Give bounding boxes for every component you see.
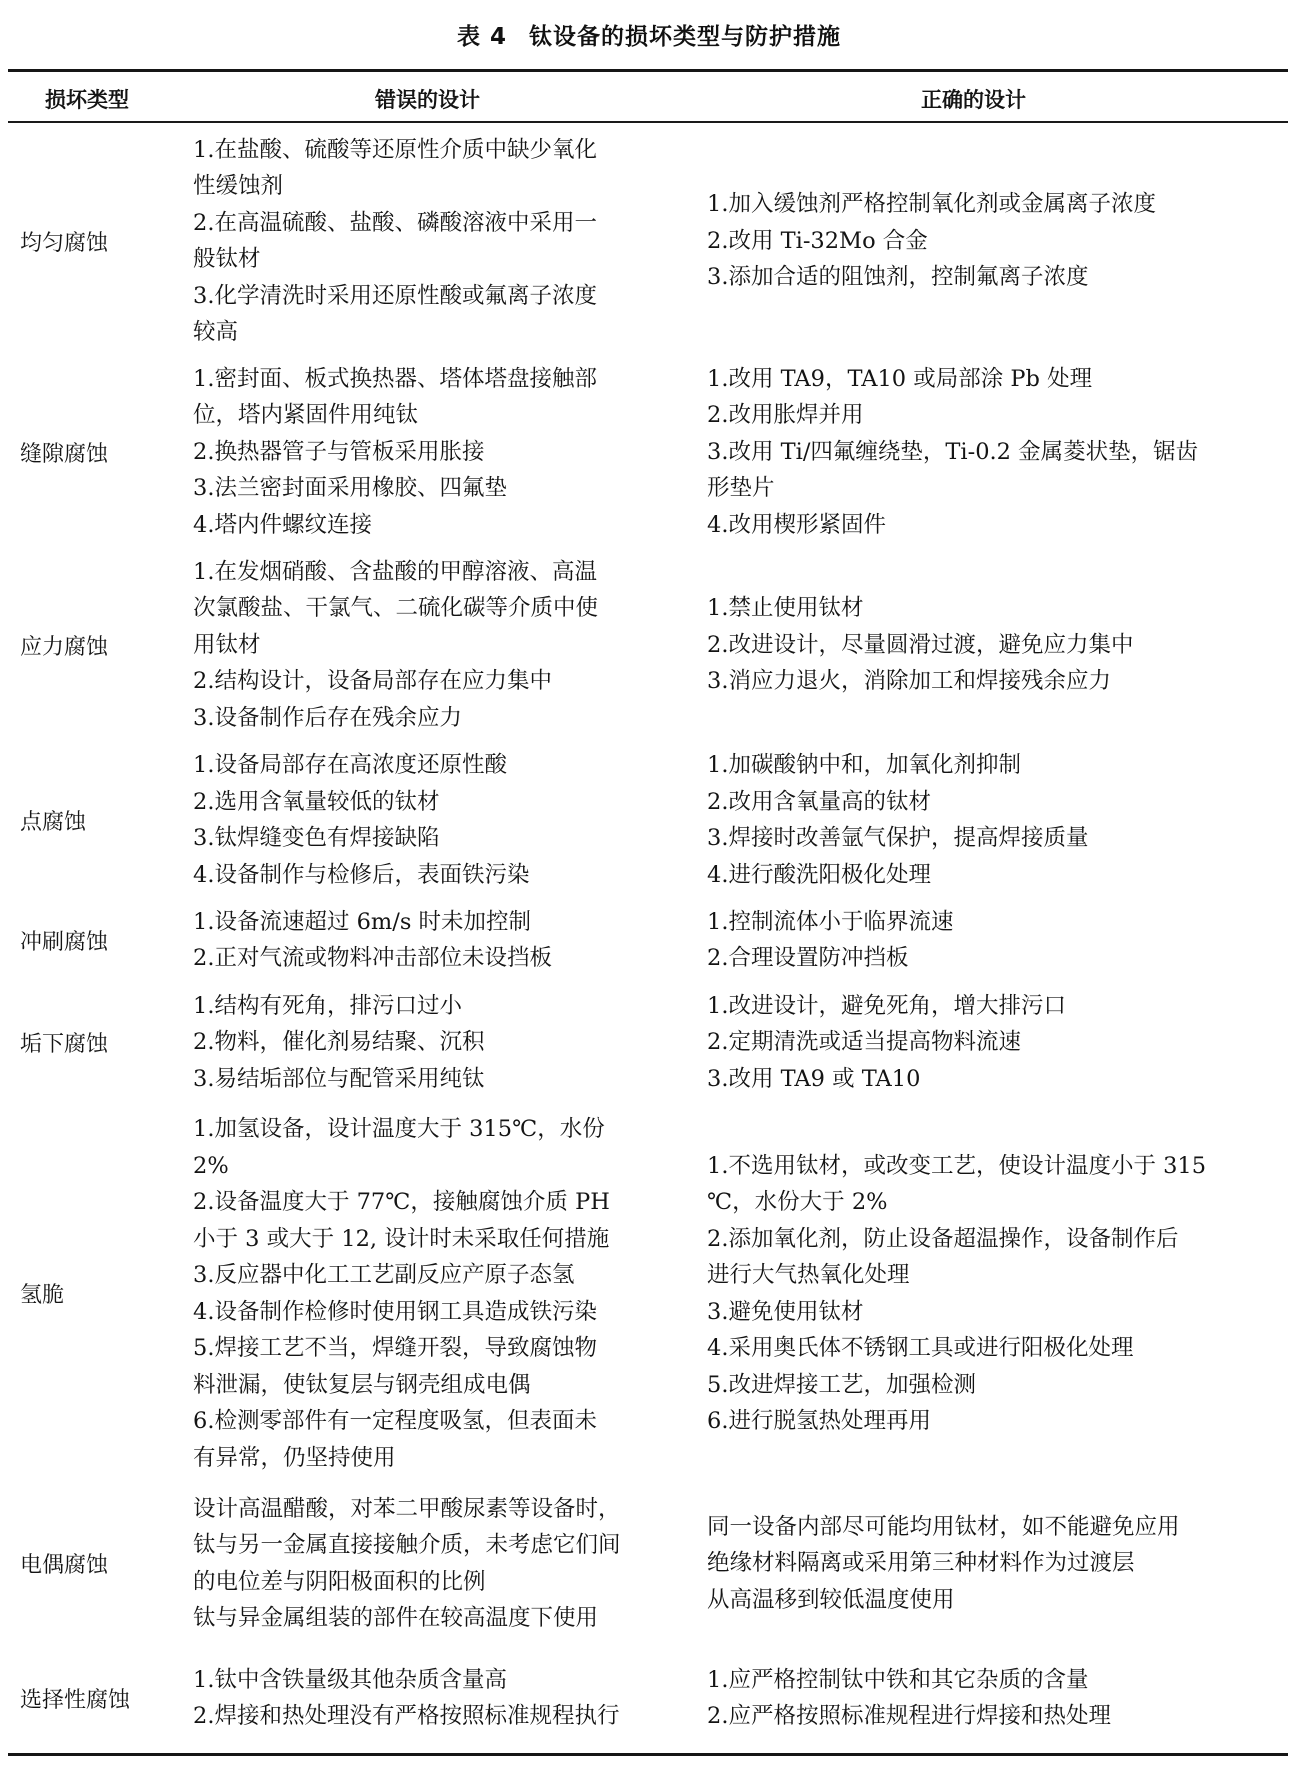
wrong-design-line: 3.设备制作后存在残余应力 [193, 700, 705, 737]
table-row: 电偶腐蚀设计高温醋酸，对苯二甲酸尿素等设备时，钛与另一金属直接接触介质，未考虑它… [0, 1487, 1298, 1640]
damage-type-cell: 均匀腐蚀 [20, 128, 180, 354]
correct-design-cell: 1.禁止使用钛材2.改进设计，尽量圆滑过渡，避免应力集中3.消应力退火，消除加工… [707, 551, 1292, 739]
correct-design-line: 2.定期清洗或适当提高物料流速 [707, 1024, 1292, 1061]
table-row: 冲刷腐蚀1.设备流速超过 6m/s 时未加控制2.正对气流或物料冲击部位未设挡板… [0, 900, 1298, 980]
table-row: 氢脆1.加氢设备，设计温度大于 315℃，水份2%2.设备温度大于 77℃，接触… [0, 1107, 1298, 1480]
correct-design-line: 2.应严格按照标准规程进行焊接和热处理 [707, 1698, 1292, 1735]
correct-design-line: 2.改进设计，尽量圆滑过渡，避免应力集中 [707, 627, 1292, 664]
wrong-design-line: 般钛材 [193, 241, 705, 278]
wrong-design-line: 1.加氢设备，设计温度大于 315℃，水份 [193, 1111, 705, 1148]
wrong-design-line: 2.焊接和热处理没有严格按照标准规程执行 [193, 1698, 705, 1735]
wrong-design-line: 3.法兰密封面采用橡胶、四氟垫 [193, 470, 705, 507]
wrong-design-cell: 1.设备局部存在高浓度还原性酸2.选用含氧量较低的钛材3.钛焊缝变色有焊接缺陷4… [193, 744, 705, 896]
wrong-design-line: 有异常，仍坚持使用 [193, 1440, 705, 1477]
wrong-design-line: 用钛材 [193, 627, 705, 664]
damage-type-cell: 应力腐蚀 [20, 551, 180, 739]
wrong-design-line: 1.密封面、板式换热器、塔体塔盘接触部 [193, 361, 705, 398]
damage-type-label: 电偶腐蚀 [20, 1548, 108, 1579]
wrong-design-line: 位，塔内紧固件用纯钛 [193, 397, 705, 434]
correct-design-line: 1.改进设计，避免死角，增大排污口 [707, 988, 1292, 1025]
correct-design-line: 3.焊接时改善氩气保护，提高焊接质量 [707, 820, 1292, 857]
wrong-design-line: 2.物料，催化剂易结聚、沉积 [193, 1024, 705, 1061]
correct-design-cell: 同一设备内部尽可能均用钛材，如不能避免应用绝缘材料隔离或采用第三种材料作为过渡层… [707, 1487, 1292, 1640]
column-header-correct-design: 正确的设计 [921, 84, 1026, 114]
correct-design-line: 3.消应力退火，消除加工和焊接残余应力 [707, 663, 1292, 700]
correct-design-line: 6.进行脱氢热处理再用 [707, 1403, 1292, 1440]
correct-design-line: 1.不选用钛材，或改变工艺，使设计温度小于 315 [707, 1148, 1292, 1185]
wrong-design-cell: 1.在发烟硝酸、含盐酸的甲醇溶液、高温次氯酸盐、干氯气、二硫化碳等介质中使用钛材… [193, 551, 705, 739]
table-row: 应力腐蚀1.在发烟硝酸、含盐酸的甲醇溶液、高温次氯酸盐、干氯气、二硫化碳等介质中… [0, 551, 1298, 739]
table-row: 垢下腐蚀1.结构有死角，排污口过小2.物料，催化剂易结聚、沉积3.易结垢部位与配… [0, 985, 1298, 1100]
correct-design-line: 2.改用 Ti-32Mo 合金 [707, 223, 1292, 260]
damage-type-label: 应力腐蚀 [20, 630, 108, 661]
wrong-design-line: 3.钛焊缝变色有焊接缺陷 [193, 820, 705, 857]
damage-type-label: 氢脆 [20, 1278, 64, 1309]
correct-design-line: 1.控制流体小于临界流速 [707, 904, 1292, 941]
table-number: 表 4 [457, 24, 507, 50]
wrong-design-cell: 1.在盐酸、硫酸等还原性介质中缺少氧化性缓蚀剂2.在高温硫酸、盐酸、磷酸溶液中采… [193, 128, 705, 354]
damage-type-cell: 缝隙腐蚀 [20, 358, 180, 546]
column-header-damage-type: 损坏类型 [45, 84, 129, 114]
wrong-design-line: 设计高温醋酸，对苯二甲酸尿素等设备时， [193, 1491, 705, 1528]
wrong-design-line: 2.换热器管子与管板采用胀接 [193, 434, 705, 471]
header-rule [8, 121, 1288, 123]
wrong-design-line: 1.设备局部存在高浓度还原性酸 [193, 747, 705, 784]
correct-design-line: 4.采用奥氏体不锈钢工具或进行阳极化处理 [707, 1330, 1292, 1367]
damage-type-cell: 选择性腐蚀 [20, 1646, 180, 1750]
table-header: 损坏类型 错误的设计 正确的设计 [0, 74, 1298, 120]
correct-design-cell: 1.应严格控制钛中铁和其它杂质的含量2.应严格按照标准规程进行焊接和热处理 [707, 1646, 1292, 1750]
correct-design-line: 形垫片 [707, 470, 1292, 507]
correct-design-line: 1.改用 TA9，TA10 或局部涂 Pb 处理 [707, 361, 1292, 398]
correct-design-line: 2.改用含氧量高的钛材 [707, 784, 1292, 821]
column-header-wrong-design: 错误的设计 [375, 84, 480, 114]
damage-type-label: 选择性腐蚀 [20, 1683, 130, 1714]
wrong-design-line: 4.设备制作与检修后，表面铁污染 [193, 857, 705, 894]
correct-design-line: 3.改用 TA9 或 TA10 [707, 1061, 1292, 1098]
correct-design-line: 进行大气热氧化处理 [707, 1257, 1292, 1294]
wrong-design-line: 3.反应器中化工工艺副反应产原子态氢 [193, 1257, 705, 1294]
correct-design-line: 3.添加合适的阻蚀剂，控制氟离子浓度 [707, 259, 1292, 296]
bottom-rule [8, 1753, 1288, 1756]
correct-design-line: 4.改用楔形紧固件 [707, 507, 1292, 544]
correct-design-line: 3.避免使用钛材 [707, 1294, 1292, 1331]
damage-type-cell: 冲刷腐蚀 [20, 900, 180, 980]
wrong-design-line: 1.设备流速超过 6m/s 时未加控制 [193, 904, 705, 941]
wrong-design-cell: 1.加氢设备，设计温度大于 315℃，水份2%2.设备温度大于 77℃，接触腐蚀… [193, 1107, 705, 1480]
wrong-design-line: 1.在盐酸、硫酸等还原性介质中缺少氧化 [193, 132, 705, 169]
wrong-design-cell: 1.密封面、板式换热器、塔体塔盘接触部位，塔内紧固件用纯钛2.换热器管子与管板采… [193, 358, 705, 546]
table-row: 选择性腐蚀1.钛中含铁量级其他杂质含量高2.焊接和热处理没有严格按照标准规程执行… [0, 1646, 1298, 1750]
wrong-design-line: 的电位差与阴阳极面积的比例 [193, 1564, 705, 1601]
table-row: 点腐蚀1.设备局部存在高浓度还原性酸2.选用含氧量较低的钛材3.钛焊缝变色有焊接… [0, 744, 1298, 896]
wrong-design-line: 1.在发烟硝酸、含盐酸的甲醇溶液、高温 [193, 554, 705, 591]
correct-design-cell: 1.改用 TA9，TA10 或局部涂 Pb 处理2.改用胀焊并用3.改用 Ti/… [707, 358, 1292, 546]
wrong-design-line: 4.设备制作检修时使用钢工具造成铁污染 [193, 1294, 705, 1331]
correct-design-cell: 1.加碳酸钠中和，加氧化剂抑制2.改用含氧量高的钛材3.焊接时改善氩气保护，提高… [707, 744, 1292, 896]
damage-type-label: 垢下腐蚀 [20, 1027, 108, 1058]
wrong-design-line: 2.选用含氧量较低的钛材 [193, 784, 705, 821]
wrong-design-line: 料泄漏，使钛复层与钢壳组成电偶 [193, 1367, 705, 1404]
correct-design-line: ℃，水份大于 2% [707, 1184, 1292, 1221]
damage-type-cell: 电偶腐蚀 [20, 1487, 180, 1640]
wrong-design-line: 性缓蚀剂 [193, 168, 705, 205]
wrong-design-line: 2% [193, 1148, 705, 1185]
damage-type-cell: 垢下腐蚀 [20, 985, 180, 1100]
wrong-design-cell: 1.结构有死角，排污口过小2.物料，催化剂易结聚、沉积3.易结垢部位与配管采用纯… [193, 985, 705, 1100]
wrong-design-cell: 1.设备流速超过 6m/s 时未加控制2.正对气流或物料冲击部位未设挡板 [193, 900, 705, 980]
table-row: 均匀腐蚀1.在盐酸、硫酸等还原性介质中缺少氧化性缓蚀剂2.在高温硫酸、盐酸、磷酸… [0, 128, 1298, 354]
correct-design-line: 同一设备内部尽可能均用钛材，如不能避免应用 [707, 1509, 1292, 1546]
wrong-design-line: 1.钛中含铁量级其他杂质含量高 [193, 1662, 705, 1699]
damage-type-cell: 氢脆 [20, 1107, 180, 1480]
damage-type-label: 缝隙腐蚀 [20, 437, 108, 468]
correct-design-line: 从高温移到较低温度使用 [707, 1582, 1292, 1619]
correct-design-line: 3.改用 Ti/四氟缠绕垫，Ti-0.2 金属菱状垫，锯齿 [707, 434, 1292, 471]
wrong-design-line: 3.易结垢部位与配管采用纯钛 [193, 1061, 705, 1098]
correct-design-cell: 1.加入缓蚀剂严格控制氧化剂或金属离子浓度2.改用 Ti-32Mo 合金3.添加… [707, 128, 1292, 354]
correct-design-line: 5.改进焊接工艺，加强检测 [707, 1367, 1292, 1404]
correct-design-cell: 1.控制流体小于临界流速2.合理设置防冲挡板 [707, 900, 1292, 980]
table-row: 缝隙腐蚀1.密封面、板式换热器、塔体塔盘接触部位，塔内紧固件用纯钛2.换热器管子… [0, 358, 1298, 546]
correct-design-line: 2.合理设置防冲挡板 [707, 940, 1292, 977]
correct-design-cell: 1.改进设计，避免死角，增大排污口2.定期清洗或适当提高物料流速3.改用 TA9… [707, 985, 1292, 1100]
table-caption: 表 4钛设备的损坏类型与防护措施 [0, 18, 1298, 51]
wrong-design-line: 1.结构有死角，排污口过小 [193, 988, 705, 1025]
wrong-design-line: 小于 3 或大于 12, 设计时未采取任何措施 [193, 1221, 705, 1258]
correct-design-line: 1.应严格控制钛中铁和其它杂质的含量 [707, 1662, 1292, 1699]
wrong-design-cell: 设计高温醋酸，对苯二甲酸尿素等设备时，钛与另一金属直接接触介质，未考虑它们间的电… [193, 1487, 705, 1640]
damage-type-label: 均匀腐蚀 [20, 226, 108, 257]
table-title: 钛设备的损坏类型与防护措施 [529, 24, 841, 50]
correct-design-line: 绝缘材料隔离或采用第三种材料作为过渡层 [707, 1545, 1292, 1582]
wrong-design-line: 2.正对气流或物料冲击部位未设挡板 [193, 940, 705, 977]
wrong-design-cell: 1.钛中含铁量级其他杂质含量高2.焊接和热处理没有严格按照标准规程执行 [193, 1646, 705, 1750]
correct-design-line: 1.禁止使用钛材 [707, 590, 1292, 627]
wrong-design-line: 2.在高温硫酸、盐酸、磷酸溶液中采用一 [193, 205, 705, 242]
wrong-design-line: 3.化学清洗时采用还原性酸或氟离子浓度 [193, 278, 705, 315]
damage-type-label: 点腐蚀 [20, 805, 86, 836]
wrong-design-line: 钛与异金属组装的部件在较高温度下使用 [193, 1600, 705, 1637]
damage-type-cell: 点腐蚀 [20, 744, 180, 896]
damage-type-label: 冲刷腐蚀 [20, 925, 108, 956]
correct-design-line: 2.添加氧化剂，防止设备超温操作，设备制作后 [707, 1221, 1292, 1258]
wrong-design-line: 次氯酸盐、干氯气、二硫化碳等介质中使 [193, 590, 705, 627]
wrong-design-line: 2.设备温度大于 77℃，接触腐蚀介质 PH [193, 1184, 705, 1221]
wrong-design-line: 2.结构设计，设备局部存在应力集中 [193, 663, 705, 700]
wrong-design-line: 钛与另一金属直接接触介质，未考虑它们间 [193, 1527, 705, 1564]
correct-design-line: 4.进行酸洗阳极化处理 [707, 857, 1292, 894]
correct-design-line: 2.改用胀焊并用 [707, 397, 1292, 434]
wrong-design-line: 6.检测零部件有一定程度吸氢，但表面未 [193, 1403, 705, 1440]
correct-design-line: 1.加碳酸钠中和，加氧化剂抑制 [707, 747, 1292, 784]
correct-design-line: 1.加入缓蚀剂严格控制氧化剂或金属离子浓度 [707, 186, 1292, 223]
wrong-design-line: 4.塔内件螺纹连接 [193, 507, 705, 544]
top-rule [8, 69, 1288, 72]
correct-design-cell: 1.不选用钛材，或改变工艺，使设计温度小于 315℃，水份大于 2%2.添加氧化… [707, 1107, 1292, 1480]
wrong-design-line: 5.焊接工艺不当，焊缝开裂，导致腐蚀物 [193, 1330, 705, 1367]
wrong-design-line: 较高 [193, 314, 705, 351]
